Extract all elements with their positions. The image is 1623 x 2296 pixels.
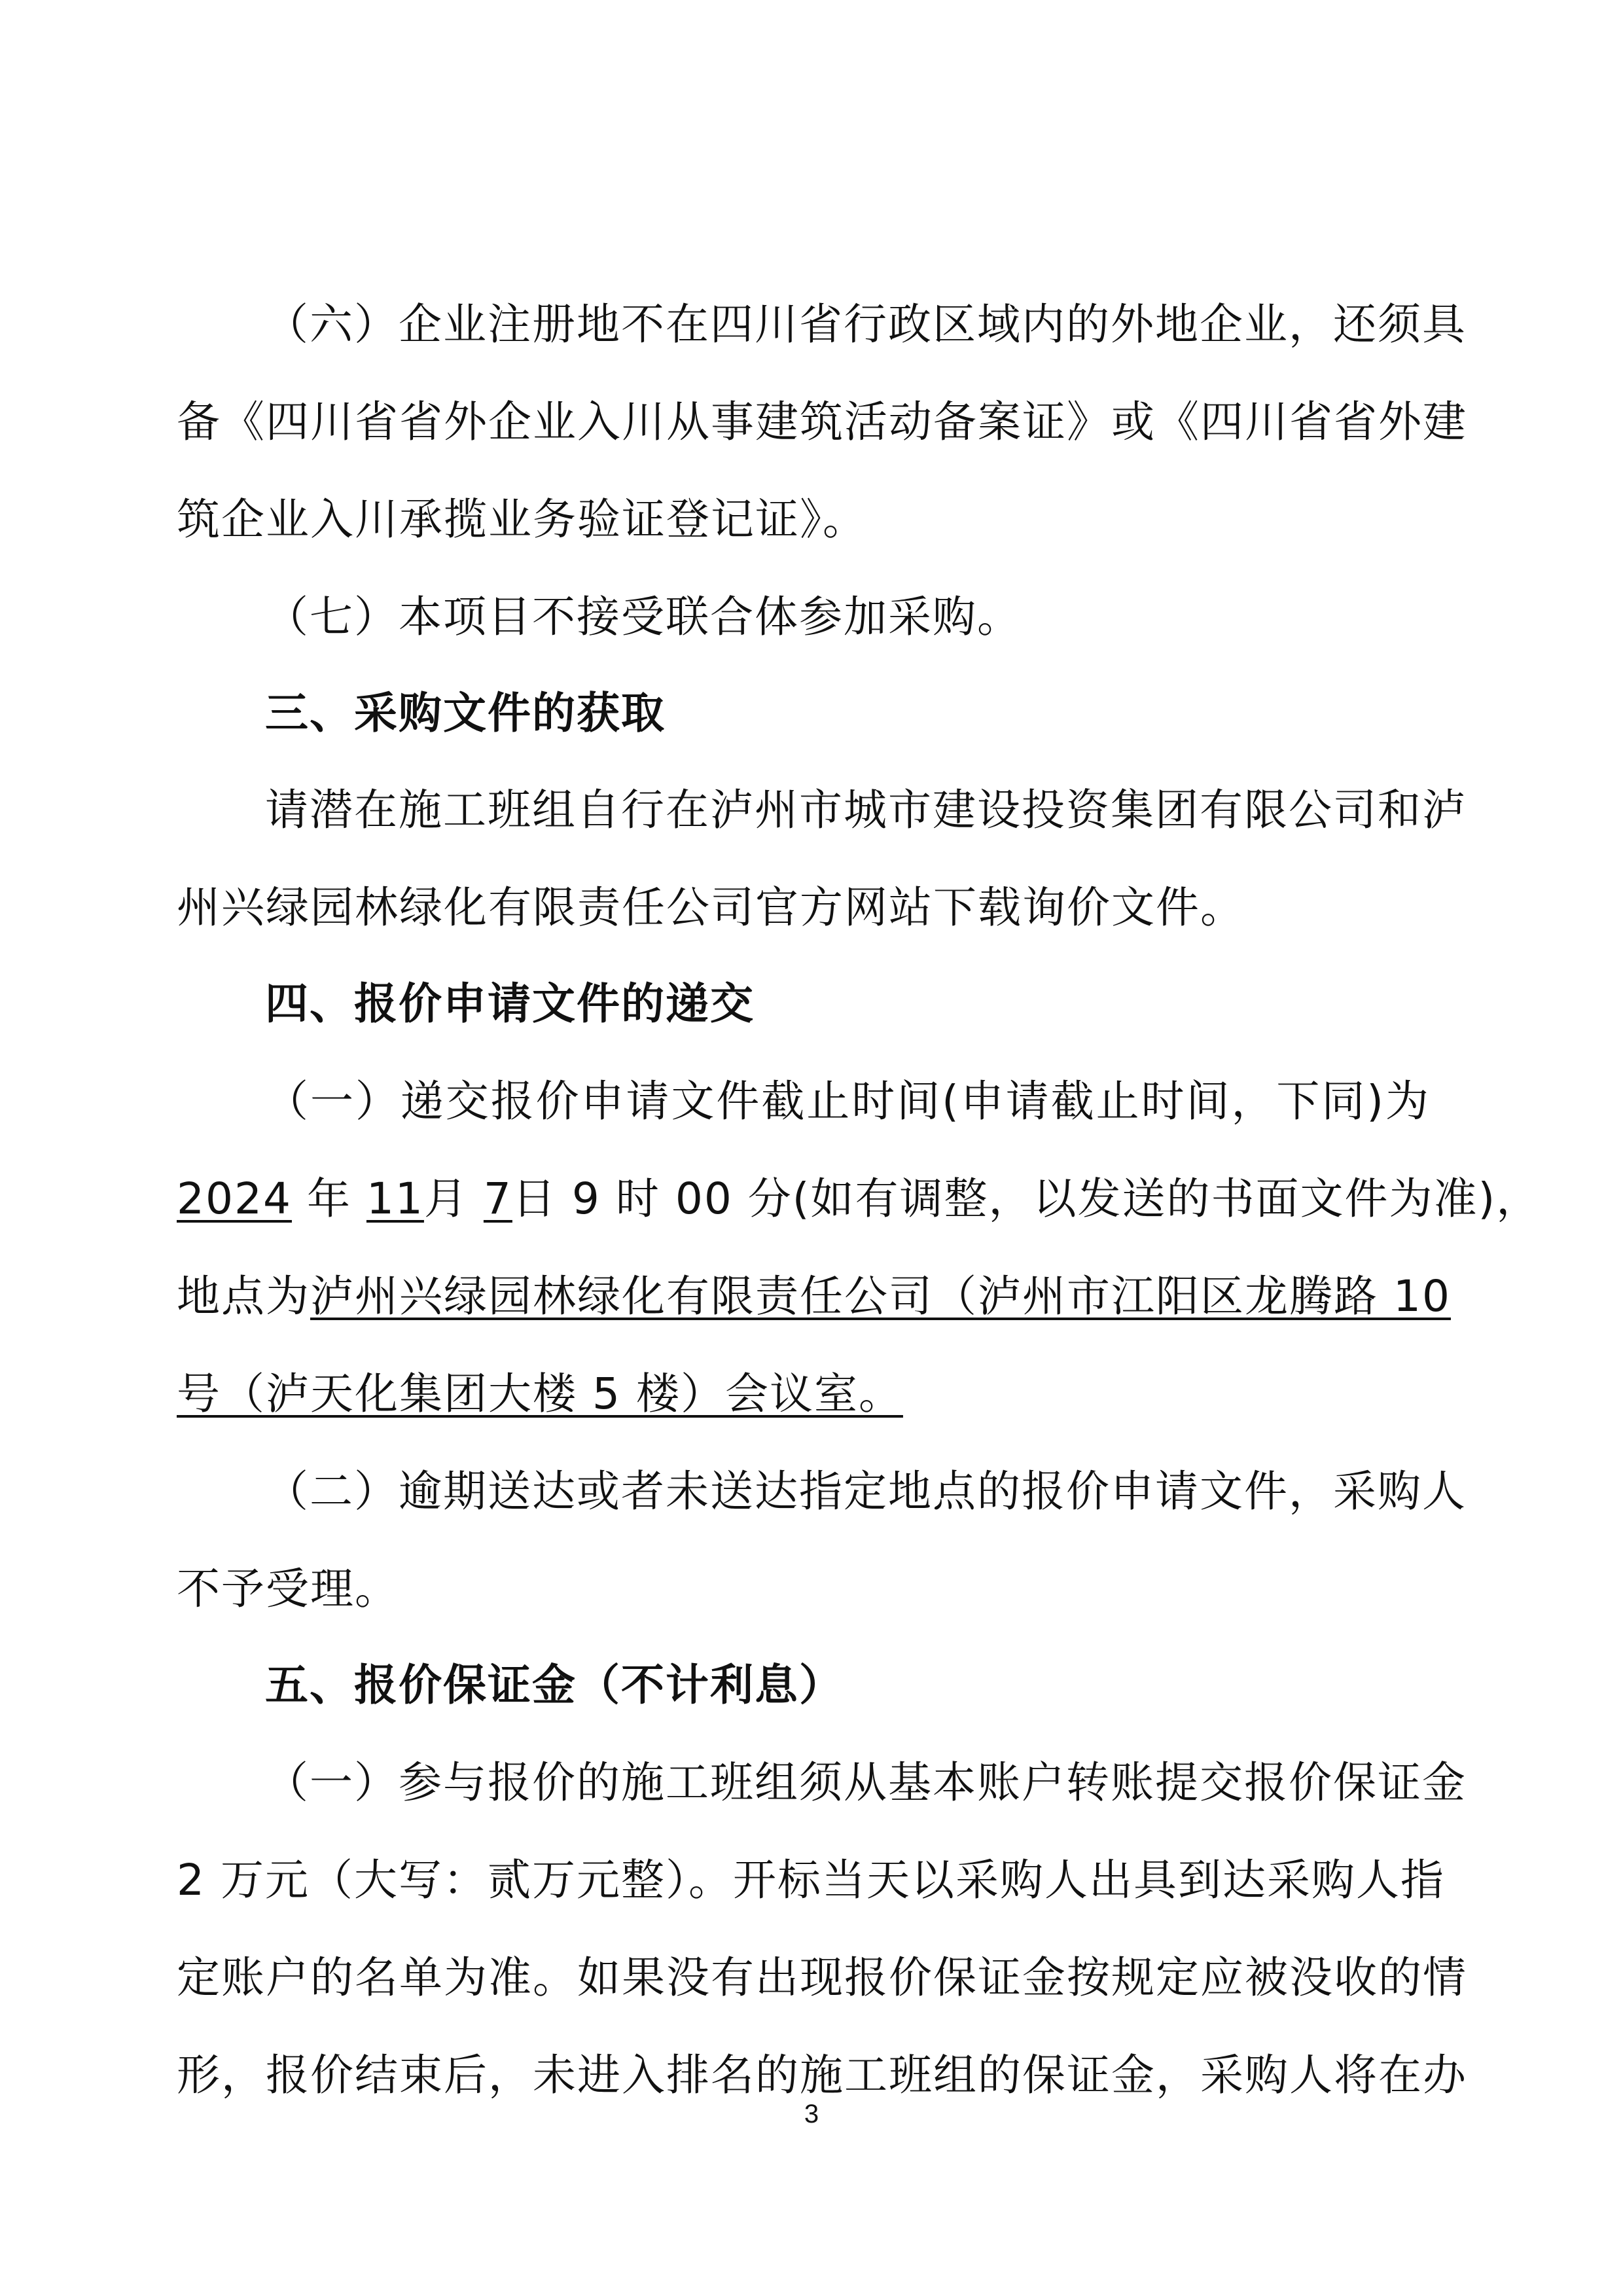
year-unit: 年 [307, 1174, 351, 1224]
paragraph-line: （二）逾期送达或者未送达指定地点的报价申请文件，采购人 [177, 1459, 1430, 1524]
location-line: 地点为泸州兴绿园林绿化有限责任公司（泸州市江阳区龙腾路 10 [177, 1264, 1430, 1329]
paragraph-line: （一）参与报价的施工班组须从基本账户转账提交报价保证金 [177, 1750, 1430, 1816]
deadline-month: 11 [366, 1174, 424, 1224]
paragraph-line: （六）企业注册地不在四川省行政区域内的外地企业，还须具 [177, 292, 1430, 357]
location-prefix: 地点为 [177, 1271, 310, 1321]
paragraph-line: 定账户的名单为准。如果没有出现报价保证金按规定应被没收的情 [177, 1945, 1430, 2011]
section-heading-3: 三、采购文件的获取 [177, 681, 1430, 746]
paragraph-line: 请潜在施工班组自行在泸州市城市建设投资集团有限公司和泸 [177, 778, 1430, 843]
deadline-year: 2024 [177, 1174, 292, 1224]
location-line-2: 号（泸天化集团大楼 5 楼）会议室。 [177, 1361, 1430, 1427]
page-number: 3 [0, 2098, 1623, 2130]
paragraph-line: 不予受理。 [177, 1556, 1430, 1622]
document-page: （六）企业注册地不在四川省行政区域内的外地企业，还须具 备《四川省省外企业入川从… [177, 0, 1430, 2296]
deadline-line: 2024 年 11月 7日 9 时 00 分(如有调整，以发送的书面文件为准)， [177, 1166, 1430, 1232]
paragraph-line: 备《四川省省外企业入川从事建筑活动备案证》或《四川省省外建 [177, 389, 1430, 455]
paragraph-line: 2 万元（大写：贰万元整）。开标当天以采购人出具到达采购人指 [177, 1848, 1430, 1913]
section-heading-5: 五、报价保证金（不计利息） [177, 1653, 1430, 1718]
paragraph-line: （七）本项目不接受联合体参加采购。 [177, 584, 1430, 650]
location-place-cont: 号（泸天化集团大楼 5 楼）会议室。 [177, 1369, 903, 1419]
paragraph-line: （一）递交报价申请文件截止时间(申请截止时间，下同)为 [177, 1069, 1430, 1134]
deadline-rest: 日 9 时 00 分(如有调整，以发送的书面文件为准)， [512, 1174, 1541, 1224]
paragraph-line: 筑企业入川承揽业务验证登记证》。 [177, 487, 1430, 552]
section-heading-4: 四、报价申请文件的递交 [177, 971, 1430, 1037]
paragraph-line: 州兴绿园林绿化有限责任公司官方网站下载询价文件。 [177, 875, 1430, 941]
deadline-day: 7 [484, 1174, 512, 1224]
location-place: 泸州兴绿园林绿化有限责任公司（泸州市江阳区龙腾路 10 [310, 1271, 1451, 1321]
month-unit: 月 [424, 1174, 469, 1224]
